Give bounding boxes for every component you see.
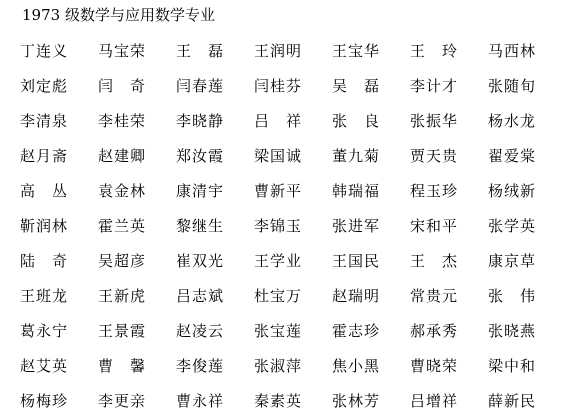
roster-name: 张宝莲 — [254, 320, 332, 341]
roster-name: 焦小黑 — [332, 355, 410, 376]
roster-row: 杨梅珍李更亲曹永祥秦素英张林芳吕增祥薛新民 — [20, 383, 566, 415]
roster-name: 李更亲 — [98, 390, 176, 411]
roster-name: 赵瑞明 — [332, 285, 410, 306]
roster-name: 赵凌云 — [176, 320, 254, 341]
roster-name: 梁国诚 — [254, 145, 332, 166]
roster-name: 郝承秀 — [410, 320, 488, 341]
roster-name: 王 杰 — [410, 250, 488, 271]
roster-name: 闫桂芬 — [254, 75, 332, 96]
roster-row: 高 丛袁金林康清宇曹新平韩瑞福程玉珍杨绒新 — [20, 173, 566, 208]
roster-name: 赵月斋 — [20, 145, 98, 166]
roster-name: 李清泉 — [20, 110, 98, 131]
roster-name: 康清宇 — [176, 180, 254, 201]
roster-name: 张 良 — [332, 110, 410, 131]
roster-name: 程玉珍 — [410, 180, 488, 201]
roster-name: 赵艾英 — [20, 355, 98, 376]
roster-row: 葛永宁王景霞赵凌云张宝莲霍志珍郝承秀张晓燕 — [20, 313, 566, 348]
roster-name: 王宝华 — [332, 40, 410, 61]
roster-name: 李锦玉 — [254, 215, 332, 236]
roster-name: 李桂荣 — [98, 110, 176, 131]
roster-row: 靳润林霍兰英黎继生李锦玉张进军宋和平张学英 — [20, 208, 566, 243]
roster-name: 吴 磊 — [332, 75, 410, 96]
roster-name: 吕增祥 — [410, 390, 488, 411]
roster-name: 李计才 — [410, 75, 488, 96]
roster-name: 张林芳 — [332, 390, 410, 411]
roster-name: 霍兰英 — [98, 215, 176, 236]
roster-name: 闫 奇 — [98, 75, 176, 96]
roster-name: 张进军 — [332, 215, 410, 236]
roster-name: 丁连义 — [20, 40, 98, 61]
page-title: 1973 级数学与应用数学专业 — [22, 6, 580, 24]
roster-name: 王班龙 — [20, 285, 98, 306]
roster-row: 李清泉李桂荣李晓静吕 祥张 良张振华杨水龙 — [20, 103, 566, 138]
roster-name: 马西林 — [488, 40, 566, 61]
roster-row: 赵月斋赵建卿郑汝霞梁国诚董九菊贾天贵翟爱棠 — [20, 138, 566, 173]
roster-name: 杨水龙 — [488, 110, 566, 131]
roster-name: 董九菊 — [332, 145, 410, 166]
roster-name: 曹新平 — [254, 180, 332, 201]
roster-name: 王学业 — [254, 250, 332, 271]
roster-name: 秦素英 — [254, 390, 332, 411]
roster-page: 1973 级数学与应用数学专业 丁连义马宝荣王 磊王润明王宝华王 玲马西林刘定彪… — [0, 0, 580, 415]
roster-name: 张淑萍 — [254, 355, 332, 376]
roster-name: 吴超彦 — [98, 250, 176, 271]
roster-name: 刘定彪 — [20, 75, 98, 96]
roster-name: 闫春莲 — [176, 75, 254, 96]
roster-name: 霍志珍 — [332, 320, 410, 341]
roster-name: 杜宝万 — [254, 285, 332, 306]
roster-name: 王 磊 — [176, 40, 254, 61]
roster-name: 康京草 — [488, 250, 566, 271]
roster-name: 李俊莲 — [176, 355, 254, 376]
roster-name: 高 丛 — [20, 180, 98, 201]
roster-name: 薛新民 — [488, 390, 566, 411]
roster-name: 张晓燕 — [488, 320, 566, 341]
roster-name: 曹晓荣 — [410, 355, 488, 376]
roster-name: 吕 祥 — [254, 110, 332, 131]
roster-name: 曹 馨 — [98, 355, 176, 376]
roster-name: 王新虎 — [98, 285, 176, 306]
roster-name: 曹永祥 — [176, 390, 254, 411]
roster-name: 张学英 — [488, 215, 566, 236]
roster: 丁连义马宝荣王 磊王润明王宝华王 玲马西林刘定彪闫 奇闫春莲闫桂芬吴 磊李计才张… — [20, 33, 566, 415]
roster-name: 黎继生 — [176, 215, 254, 236]
roster-row: 刘定彪闫 奇闫春莲闫桂芬吴 磊李计才张随旬 — [20, 68, 566, 103]
roster-name: 王国民 — [332, 250, 410, 271]
roster-name: 马宝荣 — [98, 40, 176, 61]
roster-name: 王 玲 — [410, 40, 488, 61]
roster-name: 宋和平 — [410, 215, 488, 236]
roster-name: 陆 奇 — [20, 250, 98, 271]
roster-name: 张 伟 — [488, 285, 566, 306]
roster-name: 贾天贵 — [410, 145, 488, 166]
roster-name: 葛永宁 — [20, 320, 98, 341]
roster-name: 吕志斌 — [176, 285, 254, 306]
roster-name: 张随旬 — [488, 75, 566, 96]
roster-name: 王景霞 — [98, 320, 176, 341]
roster-name: 杨绒新 — [488, 180, 566, 201]
roster-name: 常贵元 — [410, 285, 488, 306]
roster-name: 靳润林 — [20, 215, 98, 236]
roster-name: 杨梅珍 — [20, 390, 98, 411]
roster-row: 赵艾英曹 馨李俊莲张淑萍焦小黑曹晓荣梁中和 — [20, 348, 566, 383]
roster-name: 韩瑞福 — [332, 180, 410, 201]
roster-name: 翟爱棠 — [488, 145, 566, 166]
roster-name: 郑汝霞 — [176, 145, 254, 166]
roster-name: 李晓静 — [176, 110, 254, 131]
roster-row: 陆 奇吴超彦崔双光王学业王国民王 杰康京草 — [20, 243, 566, 278]
roster-name: 赵建卿 — [98, 145, 176, 166]
roster-name: 崔双光 — [176, 250, 254, 271]
roster-name: 袁金林 — [98, 180, 176, 201]
roster-row: 王班龙王新虎吕志斌杜宝万赵瑞明常贵元张 伟 — [20, 278, 566, 313]
roster-row: 丁连义马宝荣王 磊王润明王宝华王 玲马西林 — [20, 33, 566, 68]
roster-name: 梁中和 — [488, 355, 566, 376]
roster-name: 张振华 — [410, 110, 488, 131]
roster-name: 王润明 — [254, 40, 332, 61]
